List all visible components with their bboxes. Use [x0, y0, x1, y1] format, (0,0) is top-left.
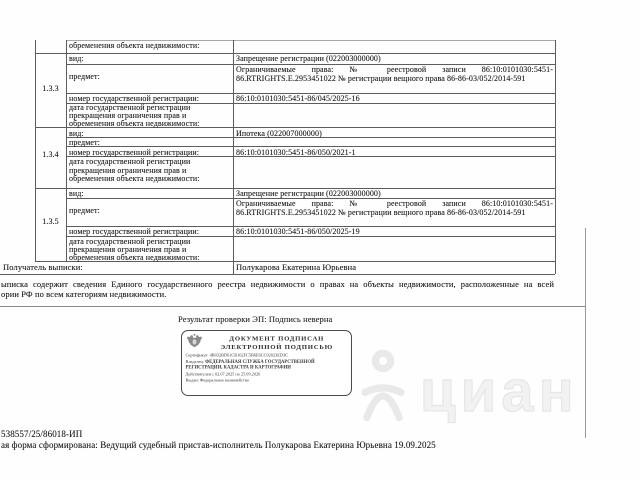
field-value-vid: Запрещение регистрации (022003000000) [236, 189, 381, 199]
section-divider-line [0, 306, 586, 307]
footer-case-number: 538557/25/86018-ИП [1, 430, 82, 440]
digital-signature-stamp-content: ДОКУМЕНТ ПОДПИСАН ЭЛЕКТРОННОЙ ПОДПИСЬЮ С… [182, 331, 350, 385]
table-line [555, 40, 556, 274]
note-line-2: ории РФ по всем категориям недвижимости. [1, 290, 166, 300]
footer-formed-by: ая форма сформирована: Ведущий судебный … [1, 441, 436, 451]
field-label-termination-date: дата государственной регистрации прекращ… [69, 158, 231, 184]
note-line-1: ыписка содержит сведения Единого государ… [1, 280, 554, 290]
owner-value: ФЕДЕРАЛЬНАЯ СЛУЖБА ГОСУДАРСТВЕННОЙ РЕГИС… [186, 359, 315, 370]
field-label-date-cont: обременения объекта недвижимости: [69, 41, 231, 51]
coat-of-arms-icon [186, 333, 204, 352]
certificate-label: Сертификат: [186, 353, 209, 358]
stamp-title-line2: ЭЛЕКТРОННОЙ ПОДПИСЬЮ [221, 343, 333, 351]
field-value-vid: Запрещение регистрации (022003000000) [236, 54, 381, 64]
watermark: циан [356, 349, 579, 430]
table-line [66, 40, 67, 261]
record-number: 1.3.5 [35, 217, 66, 227]
stamp-issuer-line: Выдан: Федеральное казначейство [186, 378, 347, 383]
field-label-termination-date: дата государственной регистрации прекращ… [69, 238, 231, 263]
field-label-vid: вид: [69, 189, 84, 199]
stamp-title-line1: ДОКУМЕНТ ПОДПИСАН [229, 334, 324, 342]
certificate-value: 4B032BD61CB162FC5B6E6CC02023ED3C [210, 353, 288, 358]
signature-check-result: Результат проверки ЭП: Подпись неверна [178, 315, 332, 325]
stamp-title: ДОКУМЕНТ ПОДПИСАН ЭЛЕКТРОННОЙ ПОДПИСЬЮ [207, 334, 347, 351]
watermark-text: циан [420, 363, 579, 421]
field-value-predmet: Ограничиваемые права: № реестровой запис… [236, 65, 553, 84]
field-label-predmet: предмет: [69, 72, 100, 82]
field-value-vid: Ипотека (022007000000) [236, 129, 322, 139]
field-value-reg-number: 86:10:0101030:5451-86/045/2025-16 [236, 94, 360, 104]
recipient-value: Полукарова Екатерина Юрьевна [236, 263, 356, 273]
field-label-vid: вид: [69, 54, 84, 64]
stamp-validity-line: Действителен с 02.07.2025 по 25.09.2026 [186, 371, 347, 376]
stamp-owner-line: Владелец: ФЕДЕРАЛЬНАЯ СЛУЖБА ГОСУДАРСТВЕ… [186, 359, 347, 371]
field-value-predmet: Ограничиваемые права: № реестровой запис… [236, 199, 553, 218]
field-label-vid: вид: [69, 129, 84, 139]
digital-signature-stamp: ДОКУМЕНТ ПОДПИСАН ЭЛЕКТРОННОЙ ПОДПИСЬЮ С… [181, 330, 352, 396]
owner-label: Владелец: [186, 359, 205, 364]
field-value-reg-number: 86:10:0101030:5451-86/050/2021-1 [236, 148, 356, 158]
record-number: 1.3.3 [35, 84, 66, 94]
issuer-label: Выдан: [186, 378, 199, 383]
scan-edge-line [585, 228, 586, 438]
table-line [0, 274, 555, 275]
stamp-certificate-line: Сертификат: 4B032BD61CB162FC5B6E6CC02023… [186, 353, 347, 358]
field-value-reg-number: 86:10:0101030:5451-86/050/2025-19 [236, 227, 360, 237]
issuer-value: Федеральное казначейство [200, 378, 249, 383]
cian-logo-watermark-icon [356, 349, 410, 430]
field-label-predmet: предмет: [69, 206, 100, 216]
recipient-label: Получатель выписки: [3, 263, 83, 273]
scanned-egrn-extract-page: обременения объекта недвижимости: 1.3.3 … [0, 0, 640, 480]
field-label-reg-number: номер государственной регистрации: [69, 148, 199, 158]
stamp-header: ДОКУМЕНТ ПОДПИСАН ЭЛЕКТРОННОЙ ПОДПИСЬЮ [186, 333, 347, 352]
table-line [233, 40, 234, 274]
field-label-termination-date: дата государственной регистрации прекращ… [69, 104, 231, 127]
record-number: 1.3.4 [35, 150, 66, 160]
field-label-reg-number: номер государственной регистрации: [69, 227, 199, 237]
field-label-predmet: предмет: [69, 138, 100, 148]
